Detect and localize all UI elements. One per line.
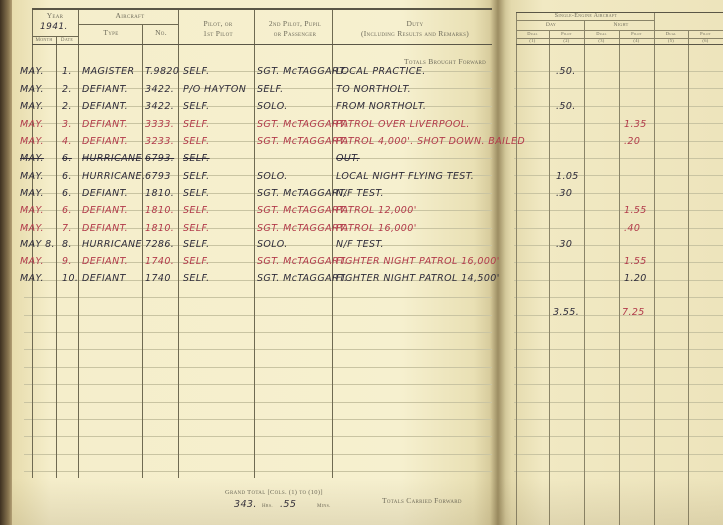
entry-aircraft-type: DEFIANT. bbox=[82, 256, 128, 267]
entry-date: 3. bbox=[62, 119, 72, 130]
col-label: Pilot bbox=[549, 31, 584, 36]
year-label: Year bbox=[32, 11, 78, 20]
entry-month: MAY. bbox=[20, 205, 44, 216]
entry-date: 6. bbox=[62, 171, 72, 182]
ruled-line bbox=[24, 471, 492, 472]
entry-pilot: SELF. bbox=[183, 239, 210, 250]
entry-aircraft-no: 6793. bbox=[145, 153, 174, 164]
entry-second-pilot: SELF. bbox=[257, 84, 284, 95]
entry-date: 4. bbox=[62, 136, 72, 147]
entry-second-pilot: SGT. McTAGGART. bbox=[257, 188, 347, 199]
entry-date: 8. bbox=[62, 239, 72, 250]
header-top-rule bbox=[32, 8, 492, 10]
entry-duty: OUT. bbox=[336, 153, 360, 164]
entry-duty: PATROL OVER LIVERPOOL. bbox=[336, 119, 470, 130]
entry-date: 2. bbox=[62, 101, 72, 112]
column-rule bbox=[619, 30, 620, 525]
second-pilot-label-1: 2nd Pilot, Pupil bbox=[256, 19, 334, 28]
entry-aircraft-type: DEFIANT. bbox=[82, 119, 128, 130]
col-number: (5) bbox=[654, 38, 688, 43]
entry-aircraft-type: MAGISTER bbox=[82, 66, 135, 77]
entry-month: MAY 8. bbox=[20, 239, 55, 250]
entry-aircraft-no: 1810. bbox=[145, 223, 174, 234]
column-rule bbox=[332, 8, 333, 478]
entry-month: MAY. bbox=[20, 223, 44, 234]
entry-duty: PATROL 16,000' bbox=[336, 223, 417, 234]
entry-second-pilot: SGT. McTAGGART. bbox=[257, 273, 347, 284]
entry-aircraft-type: DEFIANT. bbox=[82, 223, 128, 234]
entry-aircraft-no: 3333. bbox=[145, 119, 174, 130]
pilot-label-2: 1st Pilot bbox=[180, 29, 256, 38]
ruled-line bbox=[24, 419, 492, 420]
entry-aircraft-no: 1810. bbox=[145, 205, 174, 216]
entry-date: 9. bbox=[62, 256, 72, 267]
entry-month: MAY. bbox=[20, 66, 44, 77]
entry-day-pilot-time: .30 bbox=[556, 239, 572, 250]
entry-aircraft-type: HURRICANE bbox=[82, 153, 142, 164]
col-label: Dual bbox=[654, 31, 688, 36]
entry-duty: TO NORTHOLT. bbox=[336, 84, 411, 95]
second-pilot-label-2: or Passenger bbox=[256, 29, 334, 38]
entry-date: 10. bbox=[62, 273, 78, 284]
entry-pilot: SELF. bbox=[183, 256, 210, 267]
entry-aircraft-no: 6793 bbox=[145, 171, 171, 182]
entry-day-pilot-time: 1.05 bbox=[556, 171, 579, 182]
entry-night-pilot-time: .20 bbox=[624, 136, 640, 147]
entry-pilot: SELF. bbox=[183, 273, 210, 284]
day-night-rule bbox=[516, 20, 654, 21]
entry-pilot: SELF. bbox=[183, 66, 210, 77]
right-header-bottom-rule bbox=[516, 44, 723, 45]
night-label: Night bbox=[586, 22, 656, 28]
entry-pilot: SELF. bbox=[183, 171, 210, 182]
no-label: No. bbox=[142, 28, 180, 37]
column-rule bbox=[178, 8, 179, 478]
entry-aircraft-no: T.9820 bbox=[145, 66, 179, 77]
entry-duty: LOCAL NIGHT FLYING TEST. bbox=[336, 171, 474, 182]
entry-second-pilot: SGT. McTAGGART. bbox=[257, 119, 347, 130]
column-rule bbox=[688, 30, 689, 525]
entry-month: MAY. bbox=[20, 188, 44, 199]
entry-aircraft-no: 1740 bbox=[145, 273, 171, 284]
col-number: (3) bbox=[584, 38, 619, 43]
entry-duty: FIGHTER NIGHT PATROL 16,000' bbox=[336, 256, 500, 267]
ruled-line bbox=[24, 454, 492, 455]
col-label: Pilot bbox=[688, 31, 723, 36]
duty-label-1: Duty bbox=[334, 19, 496, 28]
entry-date: 7. bbox=[62, 223, 72, 234]
entry-aircraft-no: 1740. bbox=[145, 256, 174, 267]
entry-duty: N/F TEST. bbox=[336, 239, 384, 250]
entry-duty: FROM NORTHOLT. bbox=[336, 101, 426, 112]
column-rule bbox=[549, 30, 550, 525]
column-rule bbox=[654, 12, 655, 525]
ruled-line bbox=[24, 315, 492, 316]
column-rule bbox=[78, 8, 79, 478]
entry-second-pilot: SGT. McTAGGART. bbox=[257, 256, 347, 267]
entry-pilot: SELF. bbox=[183, 101, 210, 112]
entry-second-pilot: SGT. McTAGGART. bbox=[257, 223, 347, 234]
aircraft-sub-rule bbox=[78, 24, 178, 25]
ruled-line bbox=[24, 332, 492, 333]
column-rule bbox=[254, 8, 255, 478]
entry-date: 1. bbox=[62, 66, 72, 77]
entry-month: MAY. bbox=[20, 153, 44, 164]
entry-second-pilot: SGT. McTAGGART. bbox=[257, 66, 347, 77]
entry-pilot: SELF. bbox=[183, 119, 210, 130]
entry-month: MAY. bbox=[20, 273, 44, 284]
page-bottom-shadow bbox=[12, 478, 723, 525]
ruled-line bbox=[24, 367, 492, 368]
entry-aircraft-no: 3233. bbox=[145, 136, 174, 147]
entry-duty: LOCAL PRACTICE. bbox=[336, 66, 426, 77]
entry-pilot: SELF. bbox=[183, 153, 210, 164]
entry-aircraft-type: HURRICANE bbox=[82, 239, 142, 250]
entry-pilot: SELF. bbox=[183, 223, 210, 234]
entry-month: MAY. bbox=[20, 119, 44, 130]
entry-aircraft-type: DEFIANT. bbox=[82, 84, 128, 95]
ruled-line bbox=[24, 402, 492, 403]
entry-second-pilot: SOLO. bbox=[257, 171, 288, 182]
entry-date: 2. bbox=[62, 84, 72, 95]
entry-second-pilot: SOLO. bbox=[257, 239, 288, 250]
entry-aircraft-no: 3422. bbox=[145, 101, 174, 112]
col-label: Dual bbox=[584, 31, 619, 36]
entry-aircraft-type: DEFIANT. bbox=[82, 205, 128, 216]
entry-second-pilot: SOLO. bbox=[257, 101, 288, 112]
col-label: Dual bbox=[516, 31, 549, 36]
entry-night-pilot-time: .40 bbox=[624, 223, 640, 234]
entry-month: MAY. bbox=[20, 136, 44, 147]
entry-aircraft-type: DEFIANT. bbox=[82, 101, 128, 112]
entry-second-pilot: SGT. McTAGGART. bbox=[257, 205, 347, 216]
month-label: Month bbox=[32, 37, 56, 43]
entry-day-pilot-time: .50. bbox=[556, 66, 576, 77]
year-value: 1941. bbox=[40, 22, 68, 32]
col-number: (4) bbox=[619, 38, 654, 43]
header-bottom-rule bbox=[32, 44, 492, 45]
entry-night-pilot-time: 1.55 bbox=[624, 205, 647, 216]
duty-label-2: (Including Results and Remarks) bbox=[334, 29, 496, 38]
col-label: Pilot bbox=[619, 31, 654, 36]
entry-pilot: P/O HAYTON bbox=[183, 84, 246, 95]
pilot-label-1: Pilot, or bbox=[180, 19, 256, 28]
entry-date: 6. bbox=[62, 153, 72, 164]
entry-date: 6. bbox=[62, 188, 72, 199]
column-rule bbox=[516, 12, 517, 525]
ruled-line bbox=[24, 349, 492, 350]
single-engine-label: Single-Engine Aircraft bbox=[516, 13, 656, 19]
type-label: Type bbox=[80, 28, 142, 37]
column-rule bbox=[56, 36, 57, 478]
ruled-line bbox=[24, 436, 492, 437]
day-pilot-total: 3.55. bbox=[553, 307, 579, 318]
entry-night-pilot-time: 1.55 bbox=[624, 256, 647, 267]
date-label: Date bbox=[56, 37, 78, 43]
entry-aircraft-no: 1810. bbox=[145, 188, 174, 199]
entry-night-pilot-time: 1.20 bbox=[624, 273, 647, 284]
entry-aircraft-type: DEFIANT bbox=[82, 273, 126, 284]
entry-duty: PATROL 4,000'. SHOT DOWN. BAILED bbox=[336, 136, 525, 147]
aircraft-label: Aircraft bbox=[80, 11, 180, 20]
col-number: (2) bbox=[549, 38, 584, 43]
entry-night-pilot-time: 1.35 bbox=[624, 119, 647, 130]
entry-aircraft-type: DEFIANT. bbox=[82, 188, 128, 199]
day-label: Day bbox=[516, 22, 586, 28]
entry-aircraft-no: 3422. bbox=[145, 84, 174, 95]
col-number: (6) bbox=[688, 38, 723, 43]
entry-duty: PATROL 12,000' bbox=[336, 205, 417, 216]
entry-month: MAY. bbox=[20, 101, 44, 112]
entry-pilot: SELF. bbox=[183, 136, 210, 147]
entry-pilot: SELF. bbox=[183, 205, 210, 216]
entry-aircraft-no: 7286. bbox=[145, 239, 174, 250]
entry-duty: FIGHTER NIGHT PATROL 14,500' bbox=[336, 273, 500, 284]
entry-month: MAY. bbox=[20, 171, 44, 182]
column-rule bbox=[142, 24, 143, 478]
entry-day-pilot-time: .30 bbox=[556, 188, 572, 199]
entry-month: MAY. bbox=[20, 84, 44, 95]
entry-month: MAY. bbox=[20, 256, 44, 267]
totals-brought-forward: Totals Brought Forward bbox=[404, 57, 486, 66]
column-rule bbox=[584, 20, 585, 525]
entry-pilot: SELF. bbox=[183, 188, 210, 199]
ruled-line bbox=[24, 384, 492, 385]
entry-aircraft-type: HURRICANE. bbox=[82, 171, 145, 182]
entry-duty: N/F TEST. bbox=[336, 188, 384, 199]
night-pilot-total: 7.25 bbox=[622, 307, 645, 318]
entry-day-pilot-time: .50. bbox=[556, 101, 576, 112]
entry-date: 6. bbox=[62, 205, 72, 216]
ruled-line bbox=[24, 297, 492, 298]
entry-second-pilot: SGT. McTAGGART. bbox=[257, 136, 347, 147]
entry-aircraft-type: DEFIANT. bbox=[82, 136, 128, 147]
col-number: (1) bbox=[516, 38, 549, 43]
